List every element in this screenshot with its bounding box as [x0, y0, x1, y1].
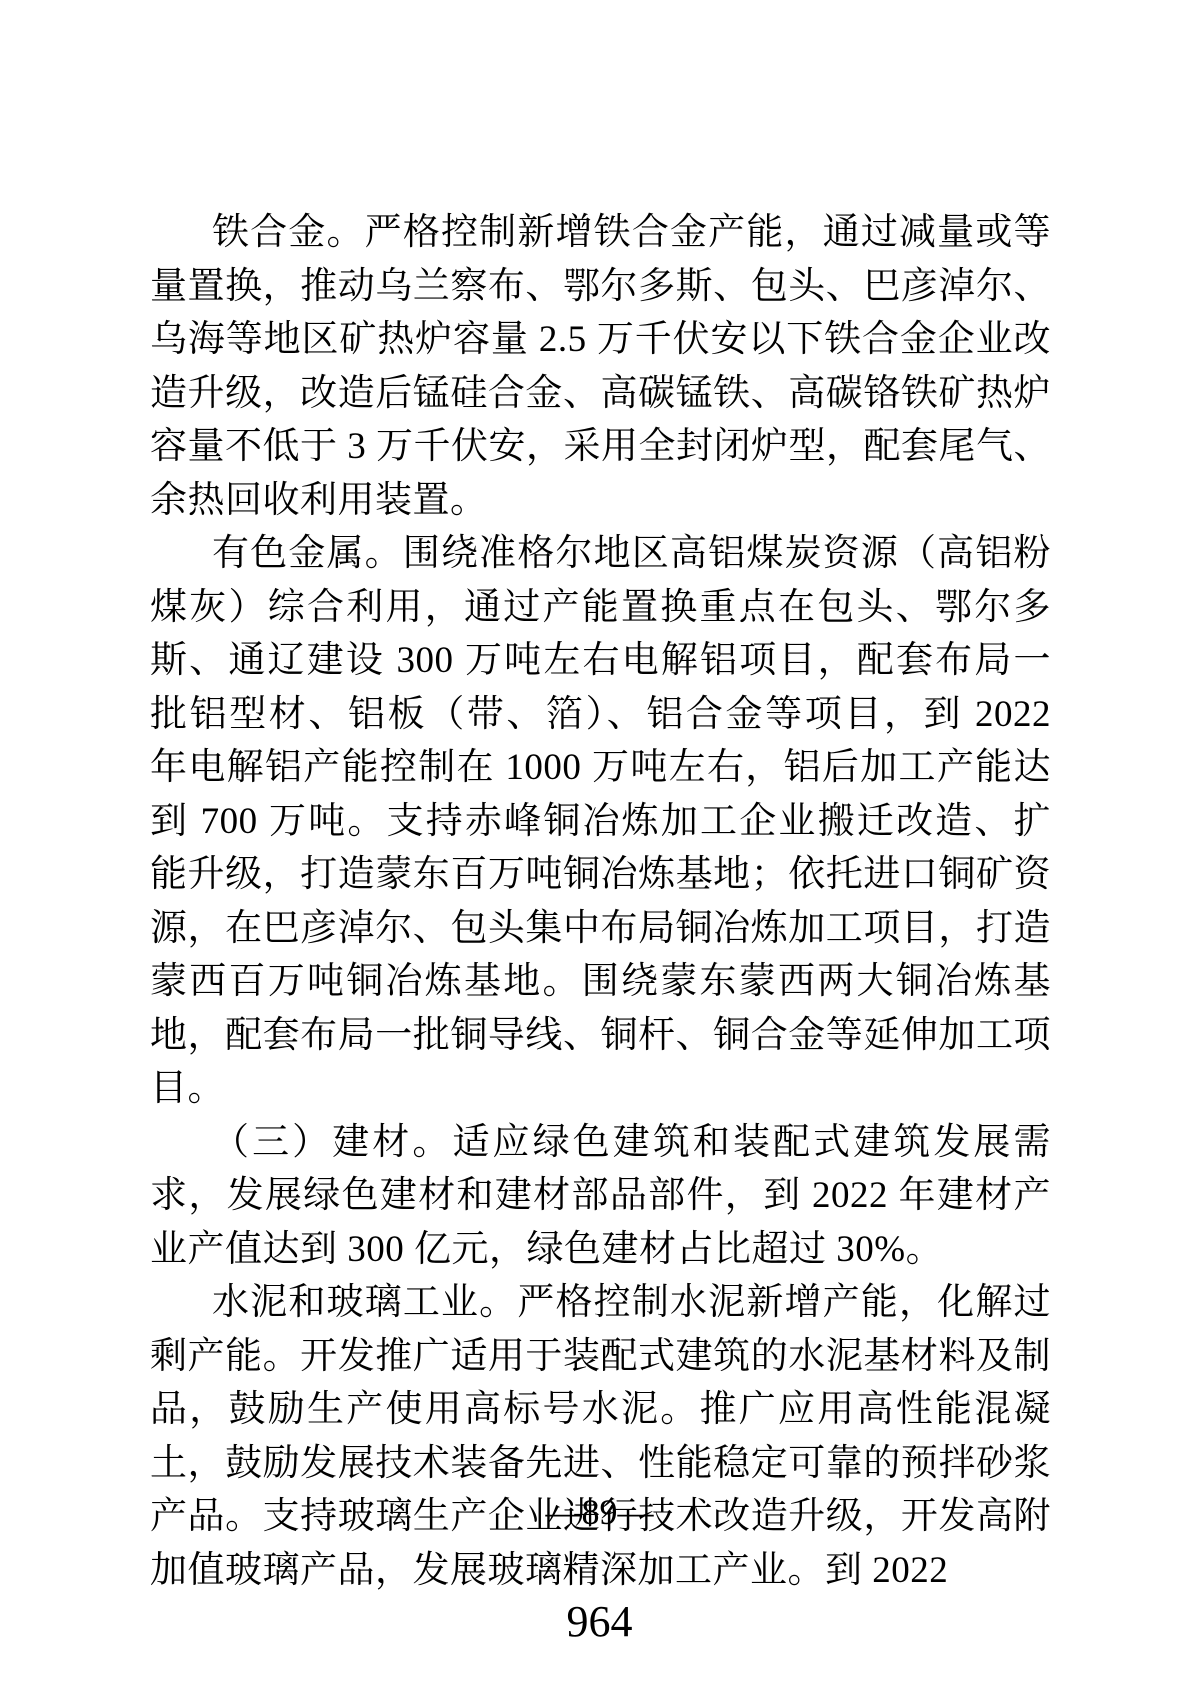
- paragraph-ferroalloy: 铁合金。严格控制新增铁合金产能，通过减量或等量置换，推动乌兰察布、鄂尔多斯、包头…: [150, 206, 1051, 527]
- page-number: 964: [0, 1596, 1199, 1648]
- paragraph-building-materials: （三）建材。适应绿色建筑和装配式建筑发展需求，发展绿色建材和建材部品部件，到 2…: [150, 1116, 1051, 1277]
- paragraph-cement-glass: 水泥和玻璃工业。严格控制水泥新增产能，化解过剩产能。开发推广适用于装配式建筑的水…: [150, 1276, 1051, 1597]
- document-body: 铁合金。严格控制新增铁合金产能，通过减量或等量置换，推动乌兰察布、鄂尔多斯、包头…: [150, 206, 1051, 1597]
- page-marker: —89—: [0, 1490, 1199, 1534]
- document-page: 铁合金。严格控制新增铁合金产能，通过减量或等量置换，推动乌兰察布、鄂尔多斯、包头…: [0, 0, 1199, 1694]
- paragraph-nonferrous-metals: 有色金属。围绕准格尔地区高铝煤炭资源（高铝粉煤灰）综合利用，通过产能置换重点在包…: [150, 527, 1051, 1116]
